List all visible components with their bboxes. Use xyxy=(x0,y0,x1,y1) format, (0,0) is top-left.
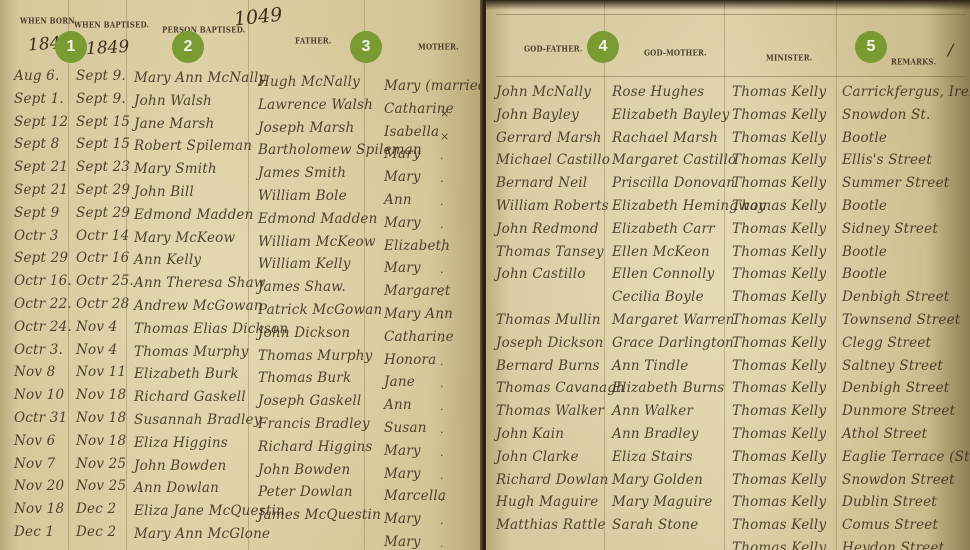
remarks-cell: Bootle xyxy=(842,132,887,146)
when-baptised-cell: Nov 18 xyxy=(76,389,126,403)
when-baptised-cell: Nov 25 xyxy=(76,458,126,472)
when-born-cell: Sept 8 xyxy=(14,138,59,152)
minister-cell: Thomas Kelly xyxy=(732,496,826,510)
mother-cell: Mary xyxy=(384,513,421,527)
minister-cell: Thomas Kelly xyxy=(732,200,826,214)
remarks-cell: Denbigh Street xyxy=(842,291,949,305)
when-baptised-cell: Sept 15 xyxy=(76,116,130,130)
father-cell: William Kelly xyxy=(258,258,351,272)
remarks-cell: Dunmore Street xyxy=(842,405,955,419)
remarks-cell: Ellis's Street xyxy=(842,154,932,168)
godmother-cell: Elizabeth Carr xyxy=(612,223,715,237)
minister-cell: Thomas Kelly xyxy=(732,428,826,442)
when-baptised-cell: Sept 29 xyxy=(76,207,130,221)
minister-cell: Thomas Kelly xyxy=(732,337,826,351)
person-baptised-cell: Edmond Madden xyxy=(134,209,254,223)
father-cell: Thomas Murphy xyxy=(258,350,372,364)
mother-mark: · xyxy=(440,540,444,550)
remarks-cell: Snowdon Street xyxy=(842,474,955,488)
mother-mark: · xyxy=(440,289,444,302)
mother-mark: × xyxy=(440,107,449,120)
godmother-cell: Margaret Warren xyxy=(612,314,735,328)
year-heading: 1049 xyxy=(233,4,283,31)
person-baptised-cell: Thomas Murphy xyxy=(134,346,248,360)
remarks-cell: Saltney Street xyxy=(842,360,943,374)
mother-mark: · xyxy=(440,517,444,530)
person-baptised-cell: Susannah Bradley xyxy=(134,414,262,428)
when-born-cell: Nov 10 xyxy=(14,389,64,403)
minister-cell: Thomas Kelly xyxy=(732,154,826,168)
minister-cell: Thomas Kelly xyxy=(732,268,826,282)
godfather-cell: Michael Castillo xyxy=(496,154,610,168)
mother-cell: Susan xyxy=(384,422,427,436)
header-father: FATHER. xyxy=(295,35,331,45)
when-baptised-cell: Octr 14 xyxy=(76,230,129,244)
when-born-cell: Octr 24. xyxy=(14,321,72,335)
father-cell: William Bole xyxy=(258,190,347,204)
mother-mark: · xyxy=(440,449,444,462)
remarks-cell: Athol Street xyxy=(842,428,927,442)
header-minister: MINISTER. xyxy=(766,52,812,62)
godfather-cell: Matthias Rattle xyxy=(496,519,606,533)
godfather-cell: Gerrard Marsh xyxy=(496,132,602,146)
when-born-cell: Sept 12 xyxy=(14,116,68,130)
year-baptised: 1849 xyxy=(86,37,130,59)
header-godmother: GOD-MOTHER. xyxy=(644,47,707,57)
father-cell: James McQuestin xyxy=(258,509,381,523)
header-mother: MOTHER. xyxy=(418,41,459,51)
remarks-cell: Bootle xyxy=(842,200,887,214)
father-cell: John Dickson xyxy=(258,327,350,341)
godfather-cell: John Kain xyxy=(496,428,564,442)
page-shadow xyxy=(486,0,970,10)
mother-cell: Mary xyxy=(384,445,421,459)
mother-mark: · xyxy=(440,266,444,279)
godfather-cell: John Bayley xyxy=(496,109,579,123)
when-baptised-cell: Nov 11 xyxy=(76,366,126,380)
when-baptised-cell: Dec 2 xyxy=(76,526,116,540)
godfather-cell: Thomas Cavanagh xyxy=(496,382,625,396)
when-baptised-cell: Octr 25. xyxy=(76,275,134,289)
remarks-cell: Carrickfergus, Ireland xyxy=(842,86,970,100)
father-cell: Peter Dowlan xyxy=(258,486,353,500)
father-cell: Joseph Gaskell xyxy=(258,395,361,409)
godfather-cell: John Clarke xyxy=(496,451,579,465)
when-born-cell: Nov 6 xyxy=(14,435,55,449)
person-baptised-cell: Ann Dowlan xyxy=(134,482,219,496)
header-godfather: GOD-FATHER. xyxy=(524,43,582,53)
mother-cell: Jane xyxy=(384,376,415,390)
page-mark: / xyxy=(948,40,953,59)
callout-marker-5[interactable]: 5 xyxy=(855,31,887,63)
father-cell: James Smith xyxy=(258,167,346,181)
when-baptised-cell: Octr 28 xyxy=(76,298,129,312)
godmother-cell: Grace Darlington xyxy=(612,337,734,351)
minister-cell: Thomas Kelly xyxy=(732,246,826,260)
minister-cell: Thomas Kelly xyxy=(732,177,826,191)
father-cell: Joseph Marsh xyxy=(258,122,354,136)
when-born-cell: Nov 18 xyxy=(14,503,64,517)
remarks-cell: Eaglie Terrace (Street) xyxy=(842,451,970,465)
remarks-cell: Denbigh Street xyxy=(842,382,949,396)
godmother-cell: Ellen Connolly xyxy=(612,268,715,282)
mother-mark: · xyxy=(440,152,444,165)
when-baptised-cell: Nov 4 xyxy=(76,321,117,335)
mother-mark: · xyxy=(440,403,444,416)
godmother-cell: Ann Tindle xyxy=(612,360,688,374)
godfather-cell: Richard Dowlan xyxy=(496,474,609,488)
person-baptised-cell: Richard Gaskell xyxy=(134,391,246,405)
when-born-cell: Octr 3 xyxy=(14,230,59,244)
mother-mark: · xyxy=(440,426,444,439)
column-rule xyxy=(724,0,725,550)
callout-marker-4[interactable]: 4 xyxy=(587,31,619,63)
person-baptised-cell: Eliza Higgins xyxy=(134,437,228,451)
when-born-cell: Nov 7 xyxy=(14,458,55,472)
father-cell: John Bowden xyxy=(258,464,350,478)
callout-marker-1[interactable]: 1 xyxy=(55,31,87,63)
header-remarks: REMARKS. xyxy=(891,56,936,66)
when-born-cell: Octr 3. xyxy=(14,344,63,358)
callout-marker-3[interactable]: 3 xyxy=(350,31,382,63)
mother-mark: · xyxy=(440,358,444,371)
minister-cell: Thomas Kelly xyxy=(732,451,826,465)
father-cell: James Shaw. xyxy=(258,281,346,295)
minister-cell: Thomas Kelly xyxy=(732,519,826,533)
father-cell: Edmond Madden xyxy=(258,213,378,227)
remarks-cell: Bootle xyxy=(842,268,887,282)
person-baptised-cell: John Bowden xyxy=(134,460,226,474)
when-baptised-cell: Sept 9. xyxy=(76,70,126,84)
when-born-cell: Dec 1 xyxy=(14,526,54,540)
when-born-cell: Sept 9 xyxy=(14,207,59,221)
mother-cell: Mary xyxy=(384,536,421,550)
remarks-cell: Clegg Street xyxy=(842,337,931,351)
godmother-cell: Ann Bradley xyxy=(612,428,699,442)
father-cell: Lawrence Walsh xyxy=(258,99,373,113)
when-born-cell: Octr 31 xyxy=(14,412,67,426)
minister-cell: Thomas Kelly xyxy=(732,474,826,488)
godmother-cell: Elizabeth Bayley xyxy=(612,109,729,123)
godmother-cell: Ann Walker xyxy=(612,405,693,419)
father-cell: Richard Higgins xyxy=(258,441,373,455)
header-rule-bottom xyxy=(496,76,966,77)
mother-mark: · xyxy=(440,472,444,485)
father-cell: Hugh McNally xyxy=(258,76,360,90)
person-baptised-cell: Jane Marsh xyxy=(134,118,214,132)
remarks-cell: Dublin Street xyxy=(842,496,937,510)
person-baptised-cell: Andrew McGowan xyxy=(134,300,263,314)
father-cell: William McKeow xyxy=(258,236,376,250)
minister-cell: Thomas Kelly xyxy=(732,86,826,100)
when-born-cell: Sept 21 xyxy=(14,161,68,175)
godfather-cell: Thomas Tansey xyxy=(496,246,604,260)
godfather-cell: Joseph Dickson xyxy=(496,337,604,351)
when-born-cell: Sept 21 xyxy=(14,184,68,198)
mother-mark: · xyxy=(440,198,444,211)
mother-cell: Mary xyxy=(384,217,421,231)
minister-cell: Thomas Kelly xyxy=(732,132,826,146)
godfather-cell: Thomas Mullin xyxy=(496,314,601,328)
person-baptised-cell: Mary McKeow xyxy=(134,232,235,246)
mother-mark: · xyxy=(440,335,444,348)
godfather-cell: Bernard Burns xyxy=(496,360,600,374)
godmother-cell: Mary Maguire xyxy=(612,496,713,510)
minister-cell: Thomas Kelly xyxy=(732,291,826,305)
when-baptised-cell: Nov 4 xyxy=(76,344,117,358)
godmother-cell: Eliza Stairs xyxy=(612,451,693,465)
godmother-cell: Margaret Castillo xyxy=(612,154,736,168)
when-baptised-cell: Sept 15 xyxy=(76,138,130,152)
godmother-cell: Mary Golden xyxy=(612,474,703,488)
when-baptised-cell: Nov 18 xyxy=(76,435,126,449)
minister-cell: Thomas Kelly xyxy=(732,314,826,328)
when-born-cell: Sept 29 xyxy=(14,252,68,266)
minister-cell: Thomas Kelly xyxy=(732,109,826,123)
person-baptised-cell: Robert Spileman xyxy=(134,140,252,154)
mother-cell: Isabella xyxy=(384,126,439,140)
mother-cell: Mary xyxy=(384,262,421,276)
when-baptised-cell: Sept 9. xyxy=(76,93,126,107)
person-baptised-cell: Mary Ann McNally xyxy=(134,72,266,86)
header-when-born: WHEN BORN. xyxy=(20,15,77,25)
person-baptised-cell: Ann Theresa Shaw xyxy=(134,277,266,291)
mother-cell: Ann xyxy=(384,194,412,208)
godmother-cell: Rachael Marsh xyxy=(612,132,718,146)
column-rule xyxy=(364,0,365,550)
mother-cell: Mary (married) xyxy=(384,80,482,94)
godfather-cell: John Castillo xyxy=(496,268,586,282)
mother-mark: × xyxy=(440,130,449,143)
when-born-cell: Sept 1. xyxy=(14,93,64,107)
father-cell: Francis Bradley xyxy=(258,418,370,432)
callout-marker-2[interactable]: 2 xyxy=(172,31,204,63)
mother-cell: Ann xyxy=(384,399,412,413)
header-person-baptised: PERSON BAPTISED. xyxy=(162,24,245,34)
mother-cell: Honora xyxy=(384,354,436,368)
remarks-cell: Sidney Street xyxy=(842,223,938,237)
remarks-cell: Townsend Street xyxy=(842,314,960,328)
godfather-cell: John McNally xyxy=(496,86,591,100)
column-rule xyxy=(836,0,837,550)
person-baptised-cell: Ann Kelly xyxy=(134,254,201,268)
when-born-cell: Aug 6. xyxy=(14,70,59,84)
minister-cell: Thomas Kelly xyxy=(732,542,826,550)
header-rule-top xyxy=(496,14,966,15)
left-page: WHEN BORN. WHEN BAPTISED. PERSON BAPTISE… xyxy=(0,0,482,550)
person-baptised-cell: Mary Smith xyxy=(134,163,217,177)
godfather-cell: Bernard Neil xyxy=(496,177,587,191)
person-baptised-cell: John Walsh xyxy=(134,95,212,109)
person-baptised-cell: Mary Ann McGlone xyxy=(134,528,270,542)
person-baptised-cell: John Bill xyxy=(134,186,194,200)
mother-mark: · xyxy=(440,312,444,325)
remarks-cell: Snowdon St. xyxy=(842,109,931,123)
mother-mark: · xyxy=(440,221,444,234)
godmother-cell: Cecilia Boyle xyxy=(612,291,704,305)
godmother-cell: Elizabeth Burns xyxy=(612,382,724,396)
baptism-register-scan: WHEN BORN. WHEN BAPTISED. PERSON BAPTISE… xyxy=(0,0,970,550)
minister-cell: Thomas Kelly xyxy=(732,223,826,237)
column-rule xyxy=(604,0,605,550)
godfather-cell: William Roberts xyxy=(496,200,609,214)
when-baptised-cell: Dec 2 xyxy=(76,503,116,517)
godmother-cell: Priscilla Donovan xyxy=(612,177,735,191)
godfather-cell: John Redmond xyxy=(496,223,599,237)
mother-mark: · xyxy=(440,494,444,507)
remarks-cell: Heydon Street xyxy=(842,542,944,550)
mother-mark: · xyxy=(440,244,444,257)
mother-mark: · xyxy=(440,175,444,188)
godmother-cell: Rose Hughes xyxy=(612,86,704,100)
remarks-cell: Comus Street xyxy=(842,519,938,533)
when-baptised-cell: Sept 29 xyxy=(76,184,130,198)
mother-cell: Mary xyxy=(384,148,421,162)
when-born-cell: Octr 16. xyxy=(14,275,72,289)
when-baptised-cell: Nov 25 xyxy=(76,480,126,494)
when-born-cell: Nov 8 xyxy=(14,366,55,380)
mother-cell: Marcella xyxy=(384,490,446,504)
minister-cell: Thomas Kelly xyxy=(732,382,826,396)
godfather-cell: Thomas Walker xyxy=(496,405,604,419)
when-baptised-cell: Nov 18 xyxy=(76,412,126,426)
godmother-cell: Sarah Stone xyxy=(612,519,698,533)
mother-cell: Mary xyxy=(384,468,421,482)
godfather-cell: Hugh Maguire xyxy=(496,496,598,510)
person-baptised-cell: Elizabeth Burk xyxy=(134,368,239,382)
father-cell: Thomas Burk xyxy=(258,372,351,386)
father-cell: Patrick McGowan xyxy=(258,304,382,318)
when-born-cell: Octr 22. xyxy=(14,298,72,312)
remarks-cell: Bootle xyxy=(842,246,887,260)
godmother-cell: Ellen McKeon xyxy=(612,246,710,260)
when-baptised-cell: Sept 23 xyxy=(76,161,130,175)
minister-cell: Thomas Kelly xyxy=(732,360,826,374)
mother-cell: Mary xyxy=(384,171,421,185)
minister-cell: Thomas Kelly xyxy=(732,405,826,419)
header-when-baptised: WHEN BAPTISED. xyxy=(74,19,149,29)
right-page: GOD-FATHER. GOD-MOTHER. MINISTER. REMARK… xyxy=(486,0,970,550)
when-baptised-cell: Octr 16 xyxy=(76,252,129,266)
when-born-cell: Nov 20 xyxy=(14,480,64,494)
mother-mark: · xyxy=(440,380,444,393)
remarks-cell: Summer Street xyxy=(842,177,949,191)
